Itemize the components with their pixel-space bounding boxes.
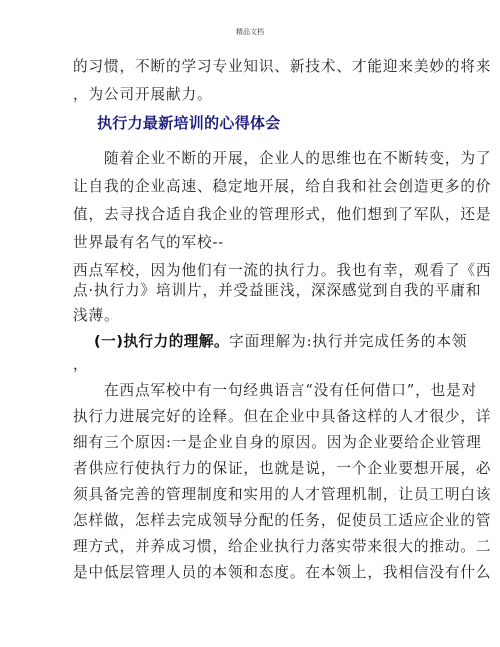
- section-1-text: 字面理解为:执行并完成任务的本领: [229, 333, 467, 350]
- paragraph-line: 怎样做，怎样去完成领导分配的任务，促使员工适应企业的管: [73, 512, 433, 530]
- paragraph-line: 值，去寻找合适自我企业的管理形式，他们想到了军队，还是: [73, 206, 433, 224]
- section-1-title: (一)执行力的理解。: [94, 333, 229, 350]
- paragraph-line: 须具备完善的管理制度和实用的人才管理机制，让员工明白该: [73, 486, 433, 504]
- section-1-line: (一)执行力的理解。字面理解为:执行并完成任务的本领: [94, 333, 454, 351]
- paragraph-line: 在西点军校中有一句经典语言“没有任何借口”，也是对: [73, 382, 433, 400]
- paragraph-line: 让自我的企业高速、稳定地开展，给自我和社会创造更多的价: [73, 178, 433, 196]
- paragraph-line: 执行力进展完好的诠释。但在企业中具备这样的人才很少，详: [73, 408, 433, 426]
- paragraph-line: 世界最有名气的军校--: [73, 234, 433, 252]
- paragraph-line: 理方式，并养成习惯，给企业执行力落实带来很大的推动。二: [73, 538, 433, 556]
- paragraph-line: 随着企业不断的开展，企业人的思维也在不断转变，为了: [73, 150, 433, 168]
- intro-line: 的习惯，不断的学习专业知识、新技术、才能迎来美妙的将来: [73, 58, 433, 76]
- article-heading: 执行力最新培训的心得体会: [97, 112, 281, 133]
- paragraph-line: 细有三个原因:一是企业自身的原因。因为企业要给企业管理: [73, 434, 433, 452]
- section-1-trailing: ，: [73, 356, 433, 374]
- paragraph-line: 者供应行使执行力的保证，也就是说，一个企业要想开展，必: [73, 460, 433, 478]
- paragraph-line: 西点军校，因为他们有一流的执行力。我也有幸，观看了《西: [73, 262, 433, 280]
- intro-line: ，为公司开展献力。: [73, 86, 433, 104]
- paragraph-line: 点·执行力》培训片，并受益匪浅，深深感觉到自我的平庸和: [73, 282, 433, 300]
- paragraph-line: 浅薄。: [73, 307, 433, 325]
- page-header: 精品文档: [0, 27, 500, 37]
- paragraph-line: 是中低层管理人员的本领和态度。在本领上，我相信没有什么: [73, 564, 433, 582]
